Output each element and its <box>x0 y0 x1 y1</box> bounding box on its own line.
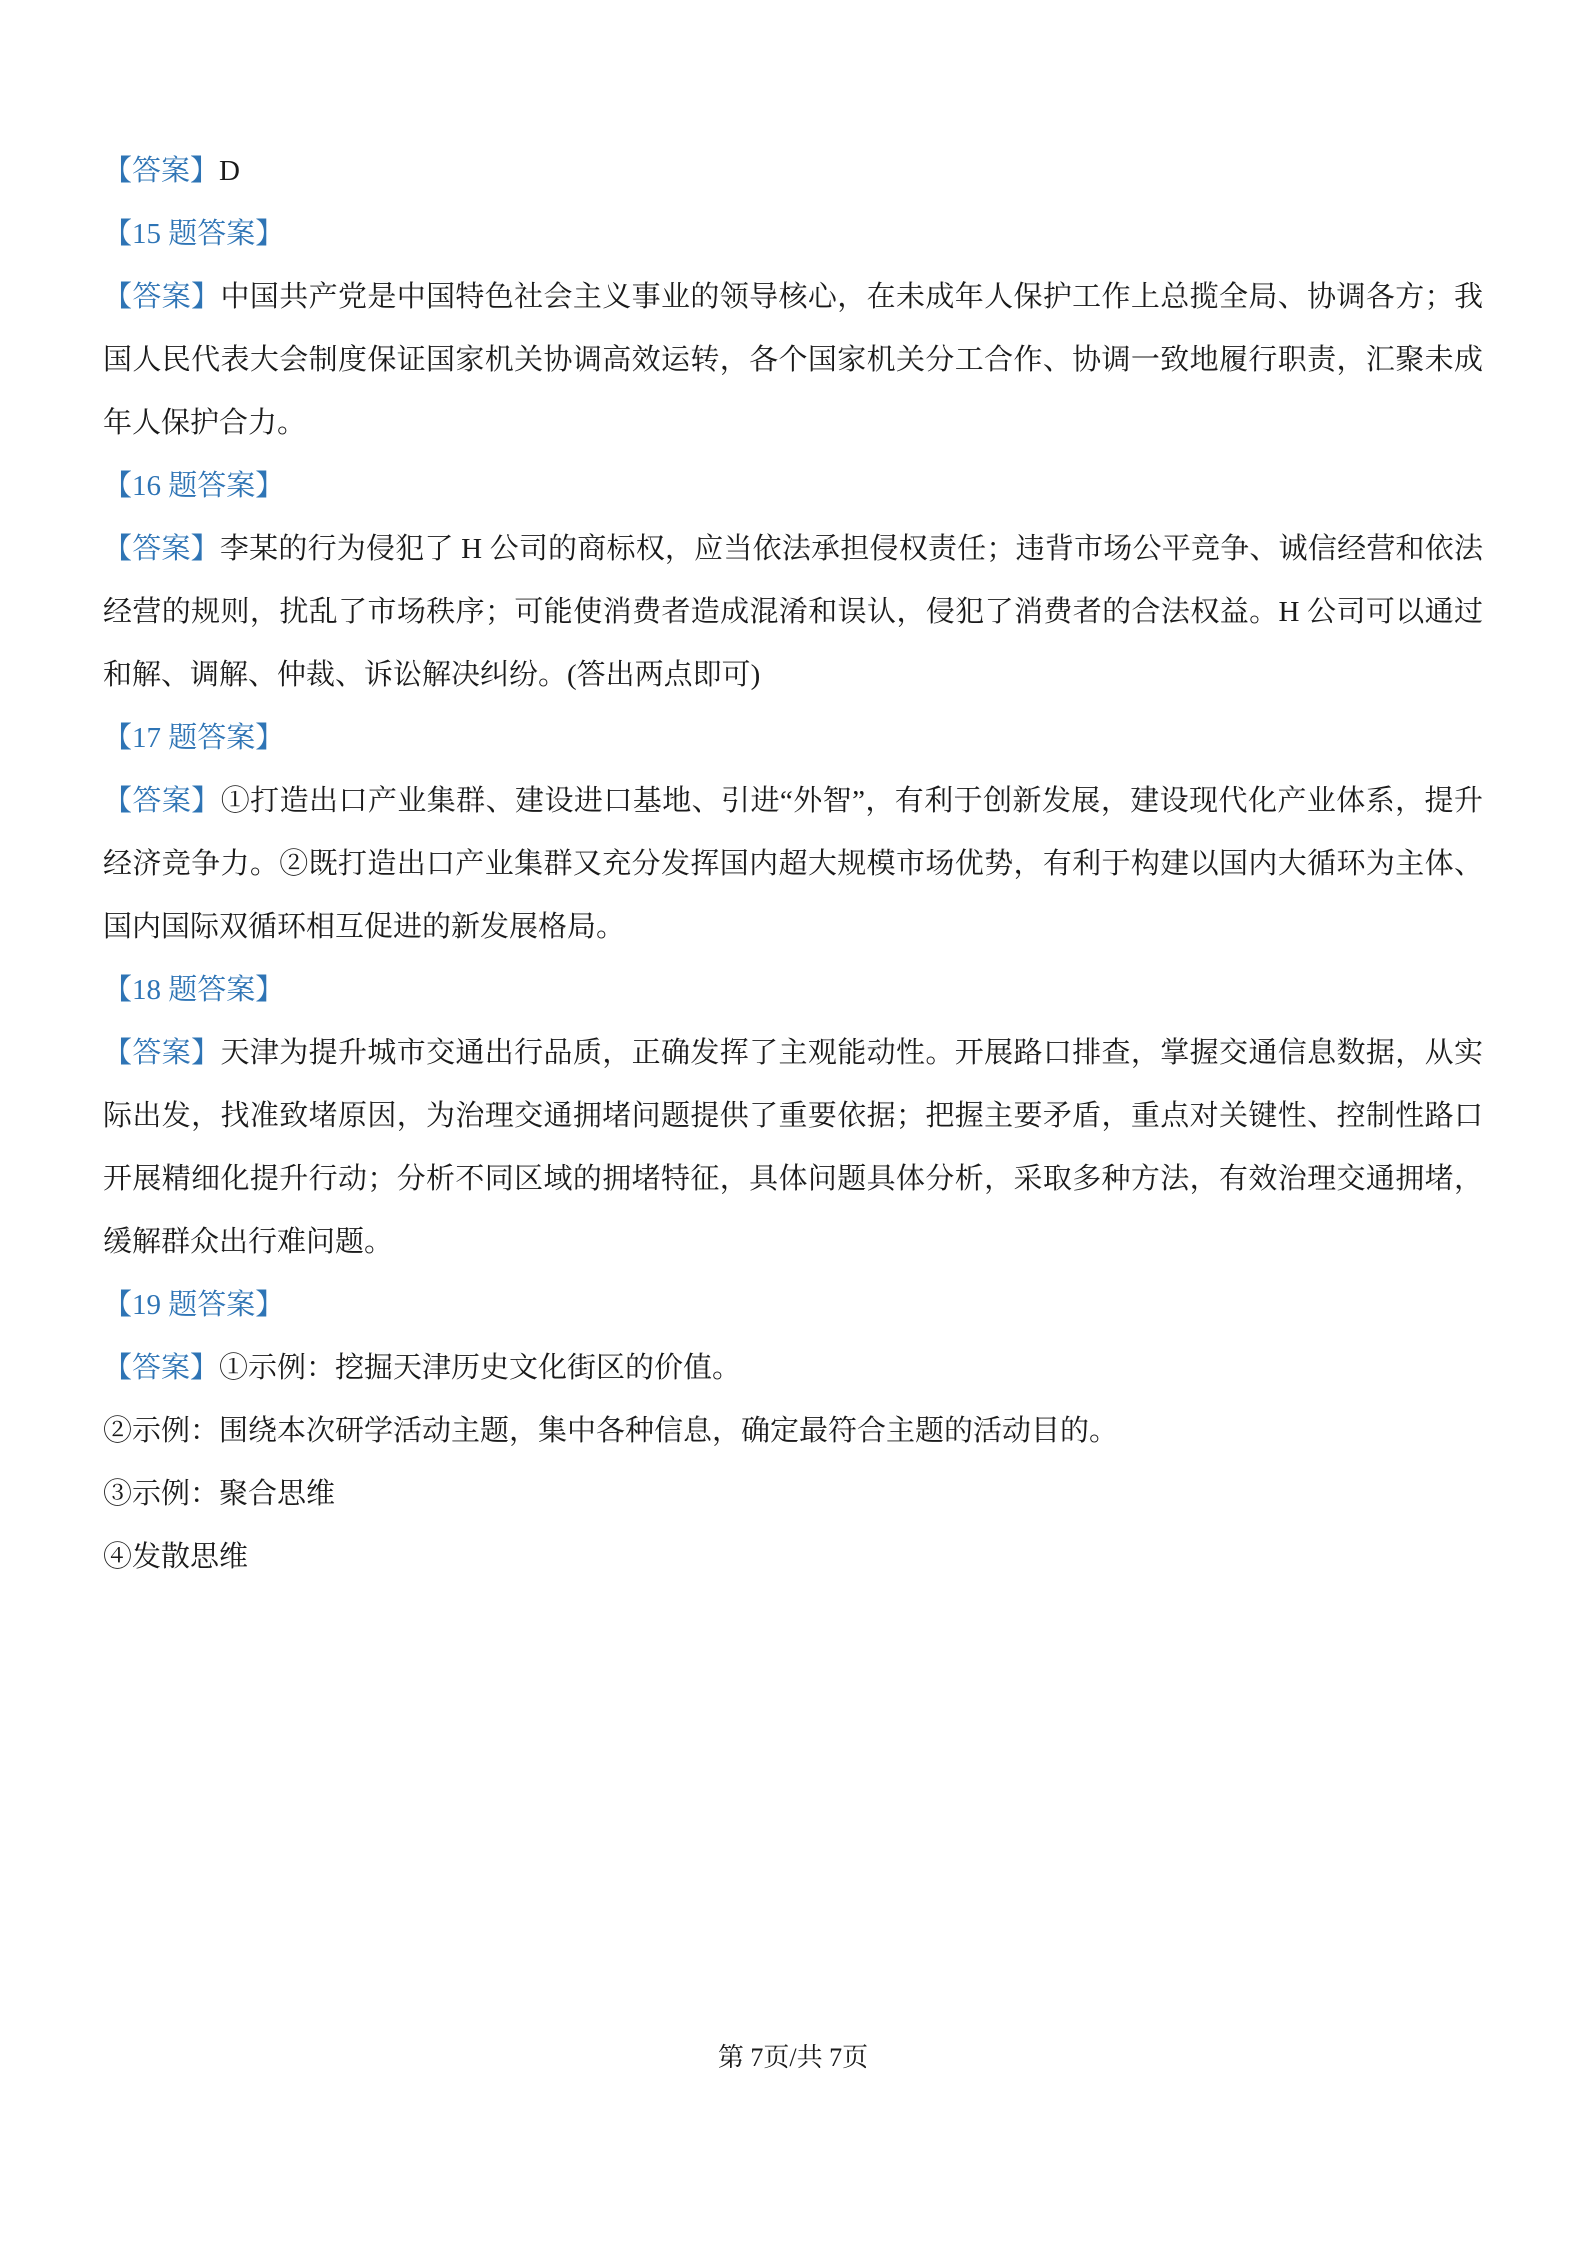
answer-text: D <box>219 155 240 187</box>
section-header-label: 【15 题答案】 <box>103 218 284 250</box>
answer-text: ①打造出口产业集群、建设进口基地、引进“外智”，有利于创新发展，建设现代化产业体… <box>103 785 1483 943</box>
section-header-q17: 【17 题答案】 <box>103 707 1483 770</box>
answer-text: 李某的行为侵犯了 H 公司的商标权，应当依法承担侵权责任；违背市场公平竞争、诚信… <box>103 533 1483 691</box>
section-header-q18: 【18 题答案】 <box>103 959 1483 1022</box>
answer-text: ①示例：挖掘天津历史文化街区的价值。 <box>219 1352 741 1384</box>
answer-label: 【答案】 <box>103 281 220 313</box>
answer-label: 【答案】 <box>103 1352 219 1384</box>
answer-line: 【答案】D <box>103 140 1483 203</box>
answer-text: 中国共产党是中国特色社会主义事业的领导核心，在未成年人保护工作上总揽全局、协调各… <box>103 281 1483 439</box>
answer-line: 【答案】中国共产党是中国特色社会主义事业的领导核心，在未成年人保护工作上总揽全局… <box>103 266 1483 455</box>
document-page: 【答案】D 【15 题答案】 【答案】中国共产党是中国特色社会主义事业的领导核心… <box>0 0 1586 2244</box>
footer-page-number: 第 7页/共 7页 <box>718 2043 868 2072</box>
answer-line: 【答案】李某的行为侵犯了 H 公司的商标权，应当依法承担侵权责任；违背市场公平竞… <box>103 518 1483 707</box>
answer-line: 【答案】天津为提升城市交通出行品质，正确发挥了主观能动性。开展路口排查，掌握交通… <box>103 1022 1483 1274</box>
section-header-label: 【19 题答案】 <box>103 1289 284 1321</box>
answer-text: ④发散思维 <box>103 1541 248 1573</box>
section-header-q16: 【16 题答案】 <box>103 455 1483 518</box>
section-header-label: 【18 题答案】 <box>103 974 284 1006</box>
answer-text: ②示例：围绕本次研学活动主题，集中各种信息，确定最符合主题的活动目的。 <box>103 1415 1118 1447</box>
answer-label: 【答案】 <box>103 155 219 187</box>
answer-line: 【答案】①示例：挖掘天津历史文化街区的价值。 <box>103 1337 1483 1400</box>
answer-sub-item: ④发散思维 <box>103 1526 1483 1589</box>
answer-label: 【答案】 <box>103 1037 220 1069</box>
answer-label: 【答案】 <box>103 785 221 817</box>
footer: 第 7页/共 7页 <box>0 2038 1586 2078</box>
answer-sub-item: ②示例：围绕本次研学活动主题，集中各种信息，确定最符合主题的活动目的。 <box>103 1400 1483 1463</box>
answer-text: ③示例：聚合思维 <box>103 1478 335 1510</box>
section-header-q19: 【19 题答案】 <box>103 1274 1483 1337</box>
section-header-label: 【16 题答案】 <box>103 470 284 502</box>
section-header-q15: 【15 题答案】 <box>103 203 1483 266</box>
answer-label: 【答案】 <box>103 533 220 565</box>
section-header-label: 【17 题答案】 <box>103 722 284 754</box>
answer-line: 【答案】①打造出口产业集群、建设进口基地、引进“外智”，有利于创新发展，建设现代… <box>103 770 1483 959</box>
document-body: 【答案】D 【15 题答案】 【答案】中国共产党是中国特色社会主义事业的领导核心… <box>103 140 1483 1589</box>
answer-text: 天津为提升城市交通出行品质，正确发挥了主观能动性。开展路口排查，掌握交通信息数据… <box>103 1037 1483 1258</box>
answer-sub-item: ③示例：聚合思维 <box>103 1463 1483 1526</box>
